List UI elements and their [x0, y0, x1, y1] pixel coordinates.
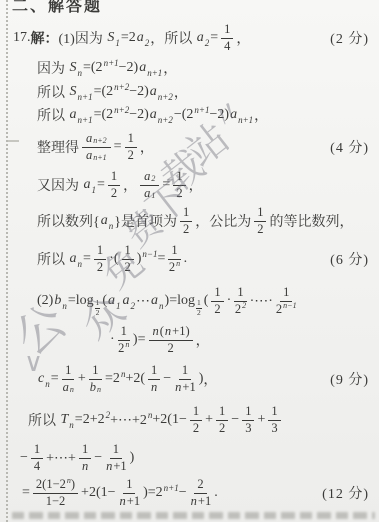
math-text: ， — [236, 28, 250, 48]
fraction-numerator: 2(1−2n) — [33, 478, 78, 494]
math-text: = — [210, 30, 218, 46]
solution-line-7: 所以数列{an}是首项为12，公比为12的等比数列， — [37, 203, 379, 239]
math-variable: a — [149, 107, 158, 123]
fraction: 12 — [173, 170, 185, 201]
math-text: 2 — [276, 303, 282, 317]
fraction-numerator: 1 — [110, 443, 122, 459]
math-text: 1−2 — [46, 495, 66, 509]
math-text: =2 — [148, 485, 163, 501]
solution-line-5: 整理得an+2an+1=12，(4 分) — [37, 128, 379, 166]
fraction-numerator: n(n+1) — [149, 325, 193, 341]
math-text: (2) — [37, 293, 53, 309]
superscript: n — [125, 341, 129, 350]
subscript: 2 — [205, 38, 210, 48]
math-text: 2 — [214, 303, 220, 317]
math-text: =(2 — [94, 107, 114, 123]
fraction-numerator: 1 — [190, 405, 202, 421]
math-text: ， — [254, 105, 268, 125]
math-variable: S — [106, 30, 115, 46]
math-text: 1 — [65, 364, 71, 378]
math-text: = — [22, 485, 30, 501]
math-text: 所以 — [28, 410, 60, 430]
cutoff-text-strip — [12, 512, 375, 519]
fraction-numerator: 1 — [254, 206, 266, 222]
math-variable: a — [149, 84, 158, 100]
math-text: ， — [123, 175, 137, 195]
math-variable: a — [107, 293, 116, 309]
subscript: n — [70, 386, 74, 395]
math-text: =2+2 — [75, 412, 105, 428]
subscript: 1 — [92, 185, 97, 195]
math-text: 2 — [111, 187, 117, 201]
fraction-numerator: 1 — [179, 364, 191, 380]
fraction-numerator: 1 — [268, 405, 280, 421]
math-variable: a — [85, 132, 93, 146]
math-variable: b — [89, 381, 97, 395]
page-perforation-edge — [6, 0, 8, 522]
superscript: n — [67, 477, 71, 486]
fraction-numerator: 2 — [194, 478, 206, 494]
math-variable: S — [69, 84, 78, 100]
fraction: 12 — [108, 170, 120, 201]
subscript: 1 — [151, 192, 155, 201]
solution-line-2: 因为 Sn=(2n+1−2)an+1， — [37, 57, 379, 79]
superscript: n−1 — [142, 249, 157, 259]
fraction-denominator: n+1 — [174, 380, 196, 395]
math-text: − — [20, 450, 28, 466]
fraction-denominator: an — [62, 380, 75, 395]
math-text: = — [138, 332, 146, 348]
math-text: ，公比为 — [195, 211, 251, 231]
math-text: −2) — [129, 107, 149, 123]
fraction-numerator: 1 — [280, 286, 292, 302]
math-variable: a — [83, 177, 92, 193]
math-text: −2) — [129, 84, 149, 100]
math-variable: a — [122, 293, 131, 309]
fraction: an+2an+1 — [82, 132, 111, 163]
math-text: − — [94, 450, 102, 466]
fraction: 1n — [79, 443, 91, 474]
fraction-denominator: 2 — [219, 421, 225, 436]
big-paren: ( — [204, 293, 209, 309]
math-text: + — [78, 371, 86, 387]
fraction-numerator: 1 — [122, 244, 134, 260]
math-text: 1 — [128, 132, 134, 146]
math-text: −(2 — [174, 107, 194, 123]
math-text: +2 — [125, 371, 140, 387]
math-text: ，所以 — [150, 28, 196, 48]
math-text: · — [227, 293, 232, 309]
fraction-numerator: 1 — [125, 132, 137, 148]
fraction-numerator: 1 — [89, 364, 101, 380]
math-text: 1 — [111, 170, 117, 184]
math-text: − — [231, 412, 239, 428]
math-text: +1) — [172, 325, 189, 339]
fraction: 1bn — [89, 364, 102, 395]
fraction-numerator: 1 — [221, 23, 233, 39]
score-mark: (6 分) — [330, 249, 369, 269]
fraction-denominator: 2n — [118, 341, 129, 356]
math-variable: a — [196, 30, 205, 46]
stray-mark — [8, 140, 19, 142]
math-text: 1 — [151, 364, 157, 378]
math-text: 又因为 — [37, 175, 83, 195]
subscript: n+1 — [93, 154, 106, 163]
fraction-numerator: 1 — [123, 478, 135, 494]
fraction: a2a1 — [140, 170, 159, 201]
superscript: n+1 — [164, 483, 179, 493]
fraction-denominator: a1 — [143, 186, 156, 201]
solution-line-1: 17.解：(1)因为 S1=2a2，所以 a2=14，(2 分) — [13, 20, 379, 56]
score-mark: (12 分) — [322, 483, 369, 503]
math-text: 1 — [126, 478, 132, 492]
math-text: 2 — [169, 261, 175, 275]
math-text: (1)因为 — [59, 28, 107, 48]
subscript: n — [62, 301, 67, 311]
subscript: n — [78, 259, 83, 269]
subscript: 2 — [131, 301, 136, 311]
fraction-denominator: 2 — [193, 421, 199, 436]
answer-sheet-page: 二、解答题 17.解：(1)因为 S1=2a2，所以 a2=14，(2 分)因为… — [0, 0, 379, 522]
fraction-denominator: 2 — [111, 186, 117, 201]
superscript: n+1 — [194, 105, 209, 115]
math-variable: c — [37, 371, 45, 387]
superscript: n+1 — [104, 58, 119, 68]
math-text: . — [214, 485, 218, 501]
math-variable: a — [85, 149, 93, 163]
fraction: 12 — [211, 286, 223, 317]
math-variable: n — [190, 495, 198, 509]
math-text: 整理得 — [37, 137, 79, 157]
math-text: 1 — [183, 206, 189, 220]
subscript: n+2 — [158, 115, 173, 125]
math-text: 1 — [34, 443, 40, 457]
fraction-numerator: 1 — [234, 286, 246, 302]
math-text: =log — [68, 293, 94, 309]
math-text: 因为 — [37, 58, 69, 78]
math-text: 2 — [128, 149, 134, 163]
log-base-fraction: 12 — [95, 299, 101, 317]
math-text: 1 — [121, 325, 127, 339]
subscript: 2 — [145, 38, 150, 48]
math-variable: n — [152, 325, 160, 339]
math-text: − — [163, 371, 171, 387]
math-variable: b — [53, 293, 62, 309]
subscript: n+1 — [147, 68, 162, 78]
fraction-denominator: 22 — [235, 302, 246, 317]
subscript: n — [45, 379, 50, 389]
subscript: n+2 — [93, 137, 106, 146]
math-text: +2 — [152, 412, 167, 428]
math-text: 1− — [101, 485, 116, 501]
math-text: =(2 — [94, 84, 114, 100]
math-variable: a — [69, 107, 78, 123]
subscript: n+1 — [238, 115, 253, 125]
fraction-numerator: a2 — [140, 170, 159, 186]
log-base-fraction: 12 — [196, 299, 202, 317]
solution-line-10: ·12n)=n(n+1)2， — [110, 320, 379, 360]
fraction-denominator: 2 — [176, 186, 182, 201]
math-variable: n — [174, 381, 182, 395]
math-text: 2 — [176, 187, 182, 201]
math-text: 1 — [171, 244, 177, 258]
math-text: 1 — [176, 170, 182, 184]
math-text: +⋯+ — [46, 450, 76, 467]
fraction-denominator: 2 — [128, 148, 134, 163]
solution-line-6: 又因为 a1=12，a2a1=12， — [37, 166, 379, 204]
math-variable: T — [60, 412, 70, 428]
fraction: 12n — [168, 244, 180, 275]
math-text: . — [184, 251, 188, 267]
fraction-numerator: 1 — [62, 364, 74, 380]
math-text: 1 — [193, 405, 199, 419]
math-variable: n — [119, 495, 127, 509]
math-variable: a — [69, 251, 78, 267]
fraction: 12 — [190, 405, 202, 436]
fraction-numerator: 1 — [242, 405, 254, 421]
fraction-numerator: 1 — [31, 443, 43, 459]
math-variable: a — [100, 213, 109, 229]
math-text: 1 — [82, 443, 88, 457]
math-text: 1 — [237, 286, 243, 300]
math-text: 2(1−2 — [36, 478, 66, 492]
math-text: ) — [71, 478, 75, 492]
subscript: n — [69, 420, 74, 430]
fraction: 13 — [242, 405, 254, 436]
fraction-denominator: 3 — [245, 421, 251, 436]
math-text: 3 — [245, 422, 251, 436]
fraction-numerator: 1 — [168, 244, 180, 260]
math-text: + — [257, 412, 265, 428]
math-text: 2 — [118, 342, 124, 356]
fraction-denominator: 2 — [214, 302, 220, 317]
fraction-denominator: 2 — [97, 260, 103, 275]
fraction: 12n−1 — [276, 286, 297, 317]
solution-line-8: 所以 an=12·(12)n−1=12n.(6 分) — [37, 239, 379, 279]
fraction: 12 — [180, 206, 192, 237]
subscript: n+1 — [78, 92, 93, 102]
fraction-numerator: 1 — [118, 325, 130, 341]
math-text: = — [51, 371, 59, 387]
math-text: 的等比数列， — [269, 211, 353, 231]
solution-line-3: 所以 Sn+1=(2n+2−2)an+2， — [37, 81, 379, 103]
math-text: 1 — [271, 405, 277, 419]
superscript: n−1 — [283, 302, 296, 311]
subscript: n — [109, 221, 114, 231]
fraction-denominator: n+1 — [119, 494, 141, 509]
math-text: +1 — [198, 495, 211, 509]
fraction: 122 — [234, 286, 246, 317]
fraction-denominator: 2 — [96, 309, 100, 317]
fraction: 1n+1 — [119, 478, 141, 509]
bold-text: 解： — [31, 28, 59, 48]
fraction-numerator: 1 — [216, 405, 228, 421]
fraction-numerator: 1 — [148, 364, 160, 380]
solution-line-12: 所以 Tn=2+22+⋯+2n+2(1−12+12−13+13 — [28, 399, 379, 441]
math-text: =2 — [105, 371, 120, 387]
superscript: 2 — [242, 302, 246, 311]
fraction-denominator: 4 — [224, 39, 230, 54]
math-text: ， — [140, 137, 154, 157]
big-paren: ( — [140, 371, 145, 387]
math-variable: a — [150, 293, 159, 309]
fraction-denominator: 3 — [271, 421, 277, 436]
math-text: 所以数列{ — [37, 211, 100, 231]
solution-line-11: cn=1an+1bn=2n+2(1n−1n+1)，(9 分) — [37, 358, 379, 400]
fraction: 1n — [148, 364, 160, 395]
big-paren: ) — [137, 251, 142, 267]
math-text: 2 — [235, 303, 241, 317]
fraction-numerator: an+2 — [82, 132, 111, 148]
subscript: 1 — [115, 38, 120, 48]
math-text: 1 — [283, 286, 289, 300]
fraction: 12 — [122, 244, 134, 275]
math-text: 1 — [97, 244, 103, 258]
math-text: 1 — [182, 364, 188, 378]
math-text: ·⋯· — [250, 293, 273, 310]
fraction: 1n+1 — [105, 443, 127, 474]
math-text: + — [205, 412, 213, 428]
math-variable: a — [138, 60, 147, 76]
solution-line-4: 所以 an+1=(2n+2−2)an+2−(2n+1−2)an+1， — [37, 104, 379, 126]
math-text: ， — [196, 330, 210, 350]
superscript: n — [121, 369, 126, 379]
superscript: n — [176, 260, 180, 269]
math-text: = — [97, 177, 105, 193]
math-variable: a — [136, 30, 145, 46]
math-text: 2 — [257, 223, 263, 237]
math-text: +⋯+2 — [110, 412, 147, 429]
math-text: ， — [174, 82, 188, 102]
fraction-numerator: 1 — [173, 170, 185, 186]
fraction-denominator: 2 — [125, 260, 131, 275]
fraction-denominator: bn — [89, 380, 102, 395]
fraction-denominator: n — [150, 380, 158, 395]
subscript: n — [78, 68, 83, 78]
math-variable: n — [164, 325, 172, 339]
fraction: 12 — [94, 244, 106, 275]
fraction-denominator: 2 — [257, 222, 263, 237]
math-variable: n — [150, 381, 158, 395]
math-text: −2) — [210, 107, 230, 123]
fraction-numerator: 1 — [211, 286, 223, 302]
math-text: = — [158, 251, 166, 267]
math-text: }是首项为 — [114, 211, 177, 231]
math-text: 所以 — [37, 249, 69, 269]
math-variable: a — [62, 381, 70, 395]
fraction-denominator: n+1 — [190, 494, 212, 509]
fraction: 1n+1 — [174, 364, 196, 395]
math-text: )=log — [165, 293, 195, 309]
math-text: =(2 — [83, 60, 103, 76]
fraction-denominator: 2n−1 — [276, 302, 297, 317]
fraction: 1an — [62, 364, 75, 395]
fraction: 2(1−2n)1−2 — [33, 478, 78, 509]
superscript: 2 — [106, 410, 111, 420]
math-variable: a — [143, 187, 151, 201]
math-text: 2 — [97, 261, 103, 275]
math-variable: a — [229, 107, 238, 123]
fraction-denominator: 2 — [197, 309, 201, 317]
math-text: 1 — [224, 23, 230, 37]
math-text: −2) — [119, 60, 139, 76]
fraction: 12n — [118, 325, 130, 356]
math-text: 3 — [271, 422, 277, 436]
fraction: 14 — [31, 443, 43, 474]
math-variable: a — [143, 170, 151, 184]
fraction: 14 — [221, 23, 233, 54]
math-text: 2 — [183, 223, 189, 237]
fraction-numerator: 1 — [180, 206, 192, 222]
subscript: n — [159, 301, 164, 311]
math-text: +1 — [127, 495, 140, 509]
subscript: n — [97, 386, 101, 395]
math-text: 1− — [172, 412, 187, 428]
fraction-numerator: 1 — [94, 244, 106, 260]
fraction: 12 — [216, 405, 228, 436]
math-text: 2 — [193, 422, 199, 436]
math-text: 1 — [113, 443, 119, 457]
math-text: = — [162, 177, 170, 193]
superscript: n+2 — [114, 82, 129, 92]
math-text: − — [179, 485, 187, 501]
math-text: 1 — [214, 286, 220, 300]
fraction-denominator: 2 — [183, 222, 189, 237]
math-text: =2 — [121, 30, 136, 46]
fraction-denominator: 2 — [167, 341, 173, 356]
fraction: 2n+1 — [190, 478, 212, 509]
math-text: = — [114, 139, 122, 155]
math-text: 1 — [245, 405, 251, 419]
math-text: 17. — [13, 30, 31, 46]
math-text: ， — [203, 369, 217, 389]
solution-line-14: =2(1−2n)1−2+2(1−1n+1)=2n+1−2n+1.(12 分) — [22, 472, 379, 514]
subscript: n+2 — [158, 92, 173, 102]
math-text: +1 — [182, 381, 195, 395]
math-text: 所以 — [37, 82, 69, 102]
math-text: 1 — [257, 206, 263, 220]
math-text: ⋯ — [136, 293, 150, 310]
fraction-numerator: 1 — [79, 443, 91, 459]
score-mark: (4 分) — [330, 137, 369, 157]
fraction: 13 — [268, 405, 280, 436]
subscript: 1 — [116, 301, 121, 311]
math-text: +2 — [81, 485, 96, 501]
math-text: 2 — [125, 261, 131, 275]
math-text: · — [110, 332, 115, 348]
math-variable: S — [69, 60, 78, 76]
math-text: 2 — [197, 478, 203, 492]
superscript: n — [148, 410, 153, 420]
big-paren: ( — [114, 251, 119, 267]
math-text: 2 — [219, 422, 225, 436]
math-text: = — [83, 251, 91, 267]
big-paren: ) — [130, 450, 135, 466]
score-mark: (9 分) — [330, 369, 369, 389]
subscript: n+1 — [78, 115, 93, 125]
fraction-denominator: an+1 — [85, 148, 108, 163]
math-text: ， — [163, 58, 177, 78]
math-text: 1 — [125, 244, 131, 258]
fraction-denominator: 2n — [169, 260, 180, 275]
math-text: ， — [189, 175, 203, 195]
section-header: 二、解答题 — [12, 0, 102, 16]
fraction: n(n+1)2 — [149, 325, 193, 356]
math-text: 4 — [224, 40, 230, 54]
math-text: 1 — [92, 364, 98, 378]
solution-line-9: (2)bn=log12(a1a2⋯an)=log12(12·122·⋯·12n−… — [37, 281, 379, 321]
math-text: 所以 — [37, 105, 69, 125]
